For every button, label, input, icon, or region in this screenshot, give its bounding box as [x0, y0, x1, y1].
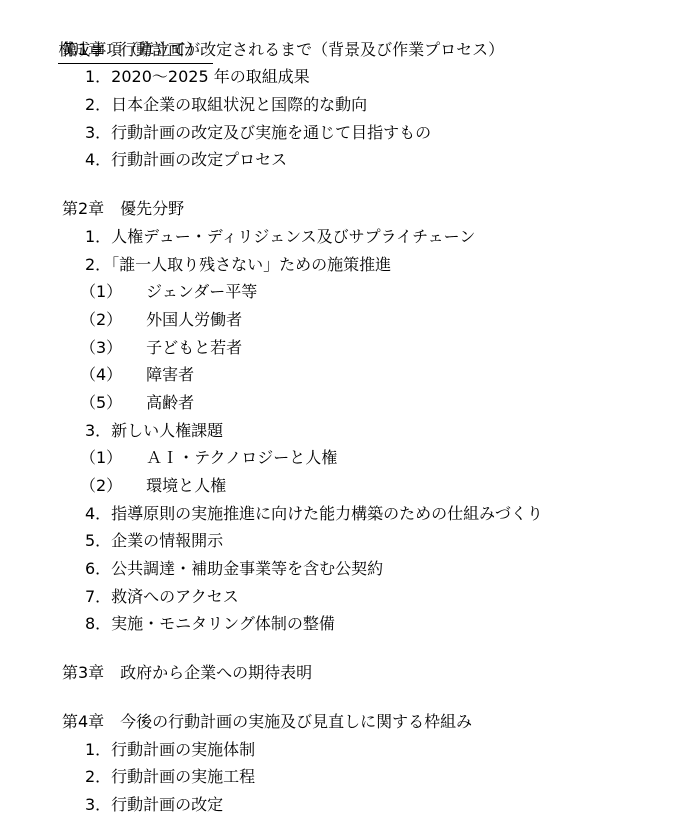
chapter-4-heading: 第4章 今後の行動計画の実施及び見直しに関する枠組み [62, 708, 683, 736]
chapter-3-heading: 第3章 政府から企業への期待表明 [62, 659, 683, 687]
document-title: 構成事項（章立て） [38, 8, 683, 36]
toc-item: 3．行動計画の改定 [85, 791, 683, 817]
toc-item: 1．行動計画の実施体制 [85, 736, 683, 764]
toc-item: 4．行動計画の改定プロセス [85, 146, 683, 174]
toc-item: （4） 障害者 [80, 361, 683, 389]
toc-item: （1） ＡＩ・テクノロジーと人権 [80, 444, 683, 472]
toc-item: 6．公共調達・補助金事業等を含む公契約 [85, 555, 683, 583]
toc-item: 8．実施・モニタリング体制の整備 [85, 610, 683, 638]
toc-item: 2．「誰一人取り残さない」ための施策推進 [85, 251, 683, 279]
toc-item: （3） 子どもと若者 [80, 334, 683, 362]
toc-item: 5．企業の情報開示 [85, 527, 683, 555]
toc-item: （1） ジェンダー平等 [80, 278, 683, 306]
toc-item: （2） 外国人労働者 [80, 306, 683, 334]
chapter-1-heading: 第1章 行動計画が改定されるまで（背景及び作業プロセス） [62, 36, 683, 64]
chapter-4: 第4章 今後の行動計画の実施及び見直しに関する枠組み 1．行動計画の実施体制 2… [0, 708, 683, 817]
chapter-2-heading: 第2章 優先分野 [62, 195, 683, 223]
toc-item: （2） 環境と人権 [80, 472, 683, 500]
chapter-1: 第1章 行動計画が改定されるまで（背景及び作業プロセス） 1．2020～2025… [0, 36, 683, 174]
toc-item: 3．行動計画の改定及び実施を通じて目指すもの [85, 119, 683, 147]
toc-item: 7．救済へのアクセス [85, 583, 683, 611]
toc-item: 2．行動計画の実施工程 [85, 763, 683, 791]
document-page: 構成事項（章立て） 第1章 行動計画が改定されるまで（背景及び作業プロセス） 1… [0, 0, 683, 817]
toc-item: 4．指導原則の実施推進に向けた能力構築のための仕組みづくり [85, 500, 683, 528]
toc-item: 3．新しい人権課題 [85, 417, 683, 445]
toc-item: 1．人権デュー・ディリジェンス及びサプライチェーン [85, 223, 683, 251]
chapter-3: 第3章 政府から企業への期待表明 [0, 659, 683, 687]
toc-item: （5） 高齢者 [80, 389, 683, 417]
toc-item: 1．2020～2025 年の取組成果 [85, 63, 683, 91]
chapter-2: 第2章 優先分野 1．人権デュー・ディリジェンス及びサプライチェーン 2．「誰一… [0, 195, 683, 638]
toc-item: 2．日本企業の取組状況と国際的な動向 [85, 91, 683, 119]
